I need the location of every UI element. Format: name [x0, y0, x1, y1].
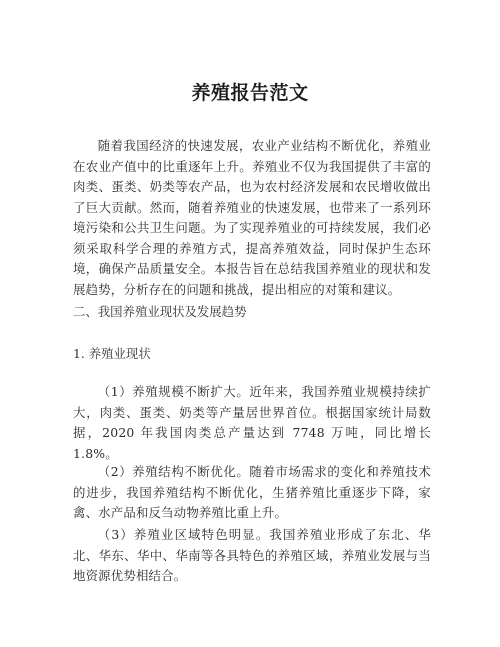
subsection-heading: 1. 养殖业现状	[73, 344, 151, 362]
document-title: 养殖报告范文	[0, 78, 500, 105]
paragraph-regional: （3）养殖业区域特色明显。我国养殖业形成了东北、华北、华东、华中、华南等各具特色…	[73, 525, 431, 587]
intro-paragraph: 随着我国经济的快速发展，农业产业结构不断优化，养殖业在农业产值中的比重逐年上升。…	[73, 136, 431, 300]
section-heading: 二、我国养殖业现状及发展趋势	[73, 302, 246, 320]
document-page: 养殖报告范文 随着我国经济的快速发展，农业产业结构不断优化，养殖业在农业产值中的…	[0, 0, 500, 647]
paragraph-scale: （1）养殖规模不断扩大。近年来，我国养殖业规模持续扩大，肉类、蛋类、奶类等产量居…	[73, 382, 431, 464]
paragraph-structure: （2）养殖结构不断优化。随着市场需求的变化和养殖技术的进步，我国养殖结构不断优化…	[73, 462, 431, 524]
